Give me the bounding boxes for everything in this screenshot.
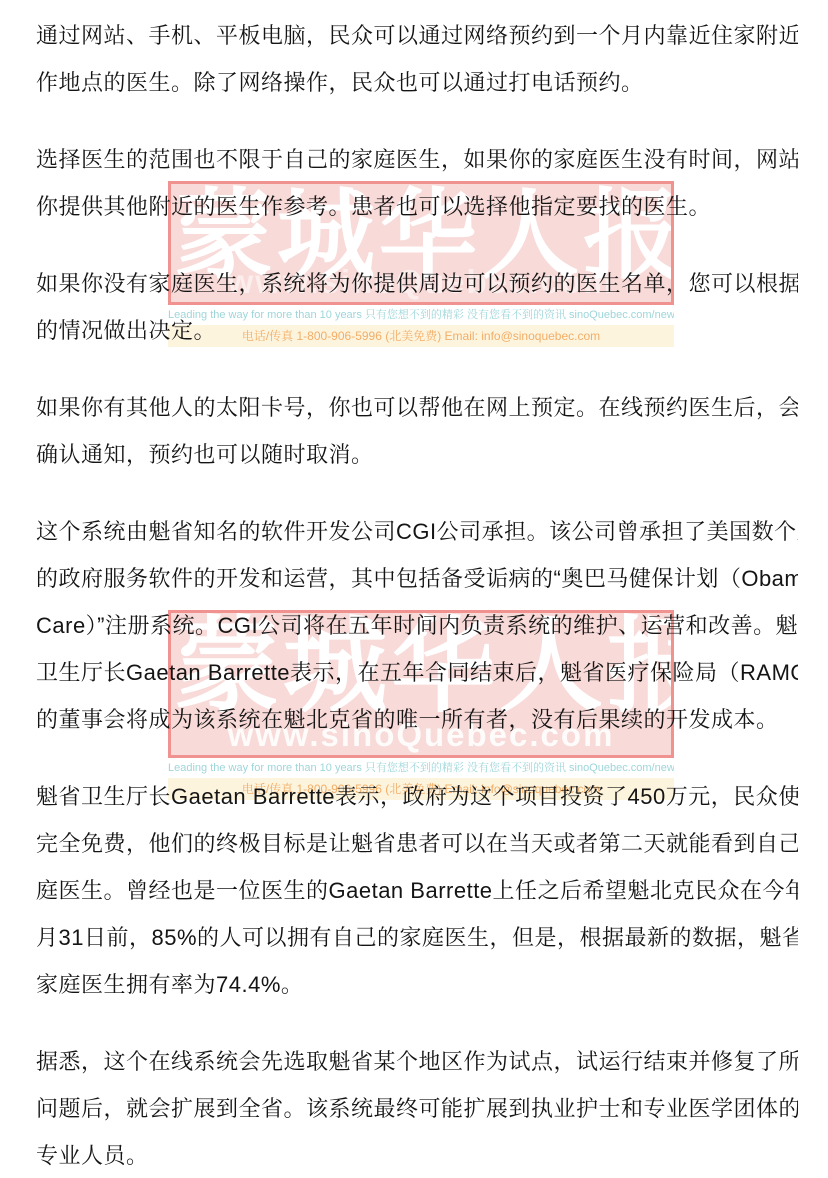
text-line: 的董事会将成为该系统在魁北克省的唯一所有者，没有后果续的开发成本。 — [36, 696, 798, 743]
text-line: 通过网站、手机、平板电脑，民众可以通过网络预约到一个月内靠近住家附近或工 — [36, 12, 798, 59]
paragraph-3: 如果你没有家庭医生，系统将为你提供周边可以预约的医生名单，您可以根据自己 的情况… — [36, 260, 798, 354]
text-line: 确认通知，预约也可以随时取消。 — [36, 431, 798, 478]
paragraph-5: 这个系统由魁省知名的软件开发公司CGI公司承担。该公司曾承担了美国数个重要 的政… — [36, 508, 798, 743]
text-line: 家庭医生拥有率为74.4%。 — [36, 961, 798, 1008]
text-line: 如果你有其他人的太阳卡号，你也可以帮他在网上预定。在线预约医生后，会收到 — [36, 384, 798, 431]
text-line: 你提供其他附近的医生作参考。患者也可以选择他指定要找的医生。 — [36, 183, 798, 230]
paragraph-4: 如果你有其他人的太阳卡号，你也可以帮他在网上预定。在线预约医生后，会收到 确认通… — [36, 384, 798, 478]
text-line: 如果你没有家庭医生，系统将为你提供周边可以预约的医生名单，您可以根据自己 — [36, 260, 798, 307]
text-line: 专业人员。 — [36, 1132, 798, 1178]
text-line: 作地点的医生。除了网络操作，民众也可以通过打电话预约。 — [36, 59, 798, 106]
text-line: Care）”注册系统。CGI公司将在五年时间内负责系统的维护、运营和改善。魁省 — [36, 602, 798, 649]
paragraph-6: 魁省卫生厅长Gaetan Barrette表示，政府为这个项目投资了450万元，… — [36, 773, 798, 1008]
text-line: 庭医生。曾经也是一位医生的Gaetan Barrette上任之后希望魁北克民众在… — [36, 867, 798, 914]
text-line: 选择医生的范围也不限于自己的家庭医生，如果你的家庭医生没有时间，网站会给 — [36, 136, 798, 183]
paragraph-2: 选择医生的范围也不限于自己的家庭医生，如果你的家庭医生没有时间，网站会给 你提供… — [36, 136, 798, 230]
text-line: 问题后，就会扩展到全省。该系统最终可能扩展到执业护士和专业医学团体的其他 — [36, 1085, 798, 1132]
text-line: 魁省卫生厅长Gaetan Barrette表示，政府为这个项目投资了450万元，… — [36, 773, 798, 820]
text-line: 卫生厅长Gaetan Barrette表示，在五年合同结束后，魁省医疗保险局（R… — [36, 649, 798, 696]
text-line: 完全免费，他们的终极目标是让魁省患者可以在当天或者第二天就能看到自己的家 — [36, 820, 798, 867]
text-line: 的政府服务软件的开发和运营，其中包括备受诟病的“奥巴马健保计划（Obama — [36, 555, 798, 602]
article-body: 通过网站、手机、平板电脑，民众可以通过网络预约到一个月内靠近住家附近或工 作地点… — [0, 0, 828, 1178]
text-line: 这个系统由魁省知名的软件开发公司CGI公司承担。该公司曾承担了美国数个重要 — [36, 508, 798, 555]
text-line: 据悉，这个在线系统会先选取魁省某个地区作为试点，试运行结束并修复了所有的 — [36, 1038, 798, 1085]
paragraph-7: 据悉，这个在线系统会先选取魁省某个地区作为试点，试运行结束并修复了所有的 问题后… — [36, 1038, 798, 1178]
text-line: 的情况做出决定。 — [36, 307, 798, 354]
text-line: 月31日前，85%的人可以拥有自己的家庭医生，但是，根据最新的数据，魁省人的 — [36, 914, 798, 961]
paragraph-1: 通过网站、手机、平板电脑，民众可以通过网络预约到一个月内靠近住家附近或工 作地点… — [36, 12, 798, 106]
